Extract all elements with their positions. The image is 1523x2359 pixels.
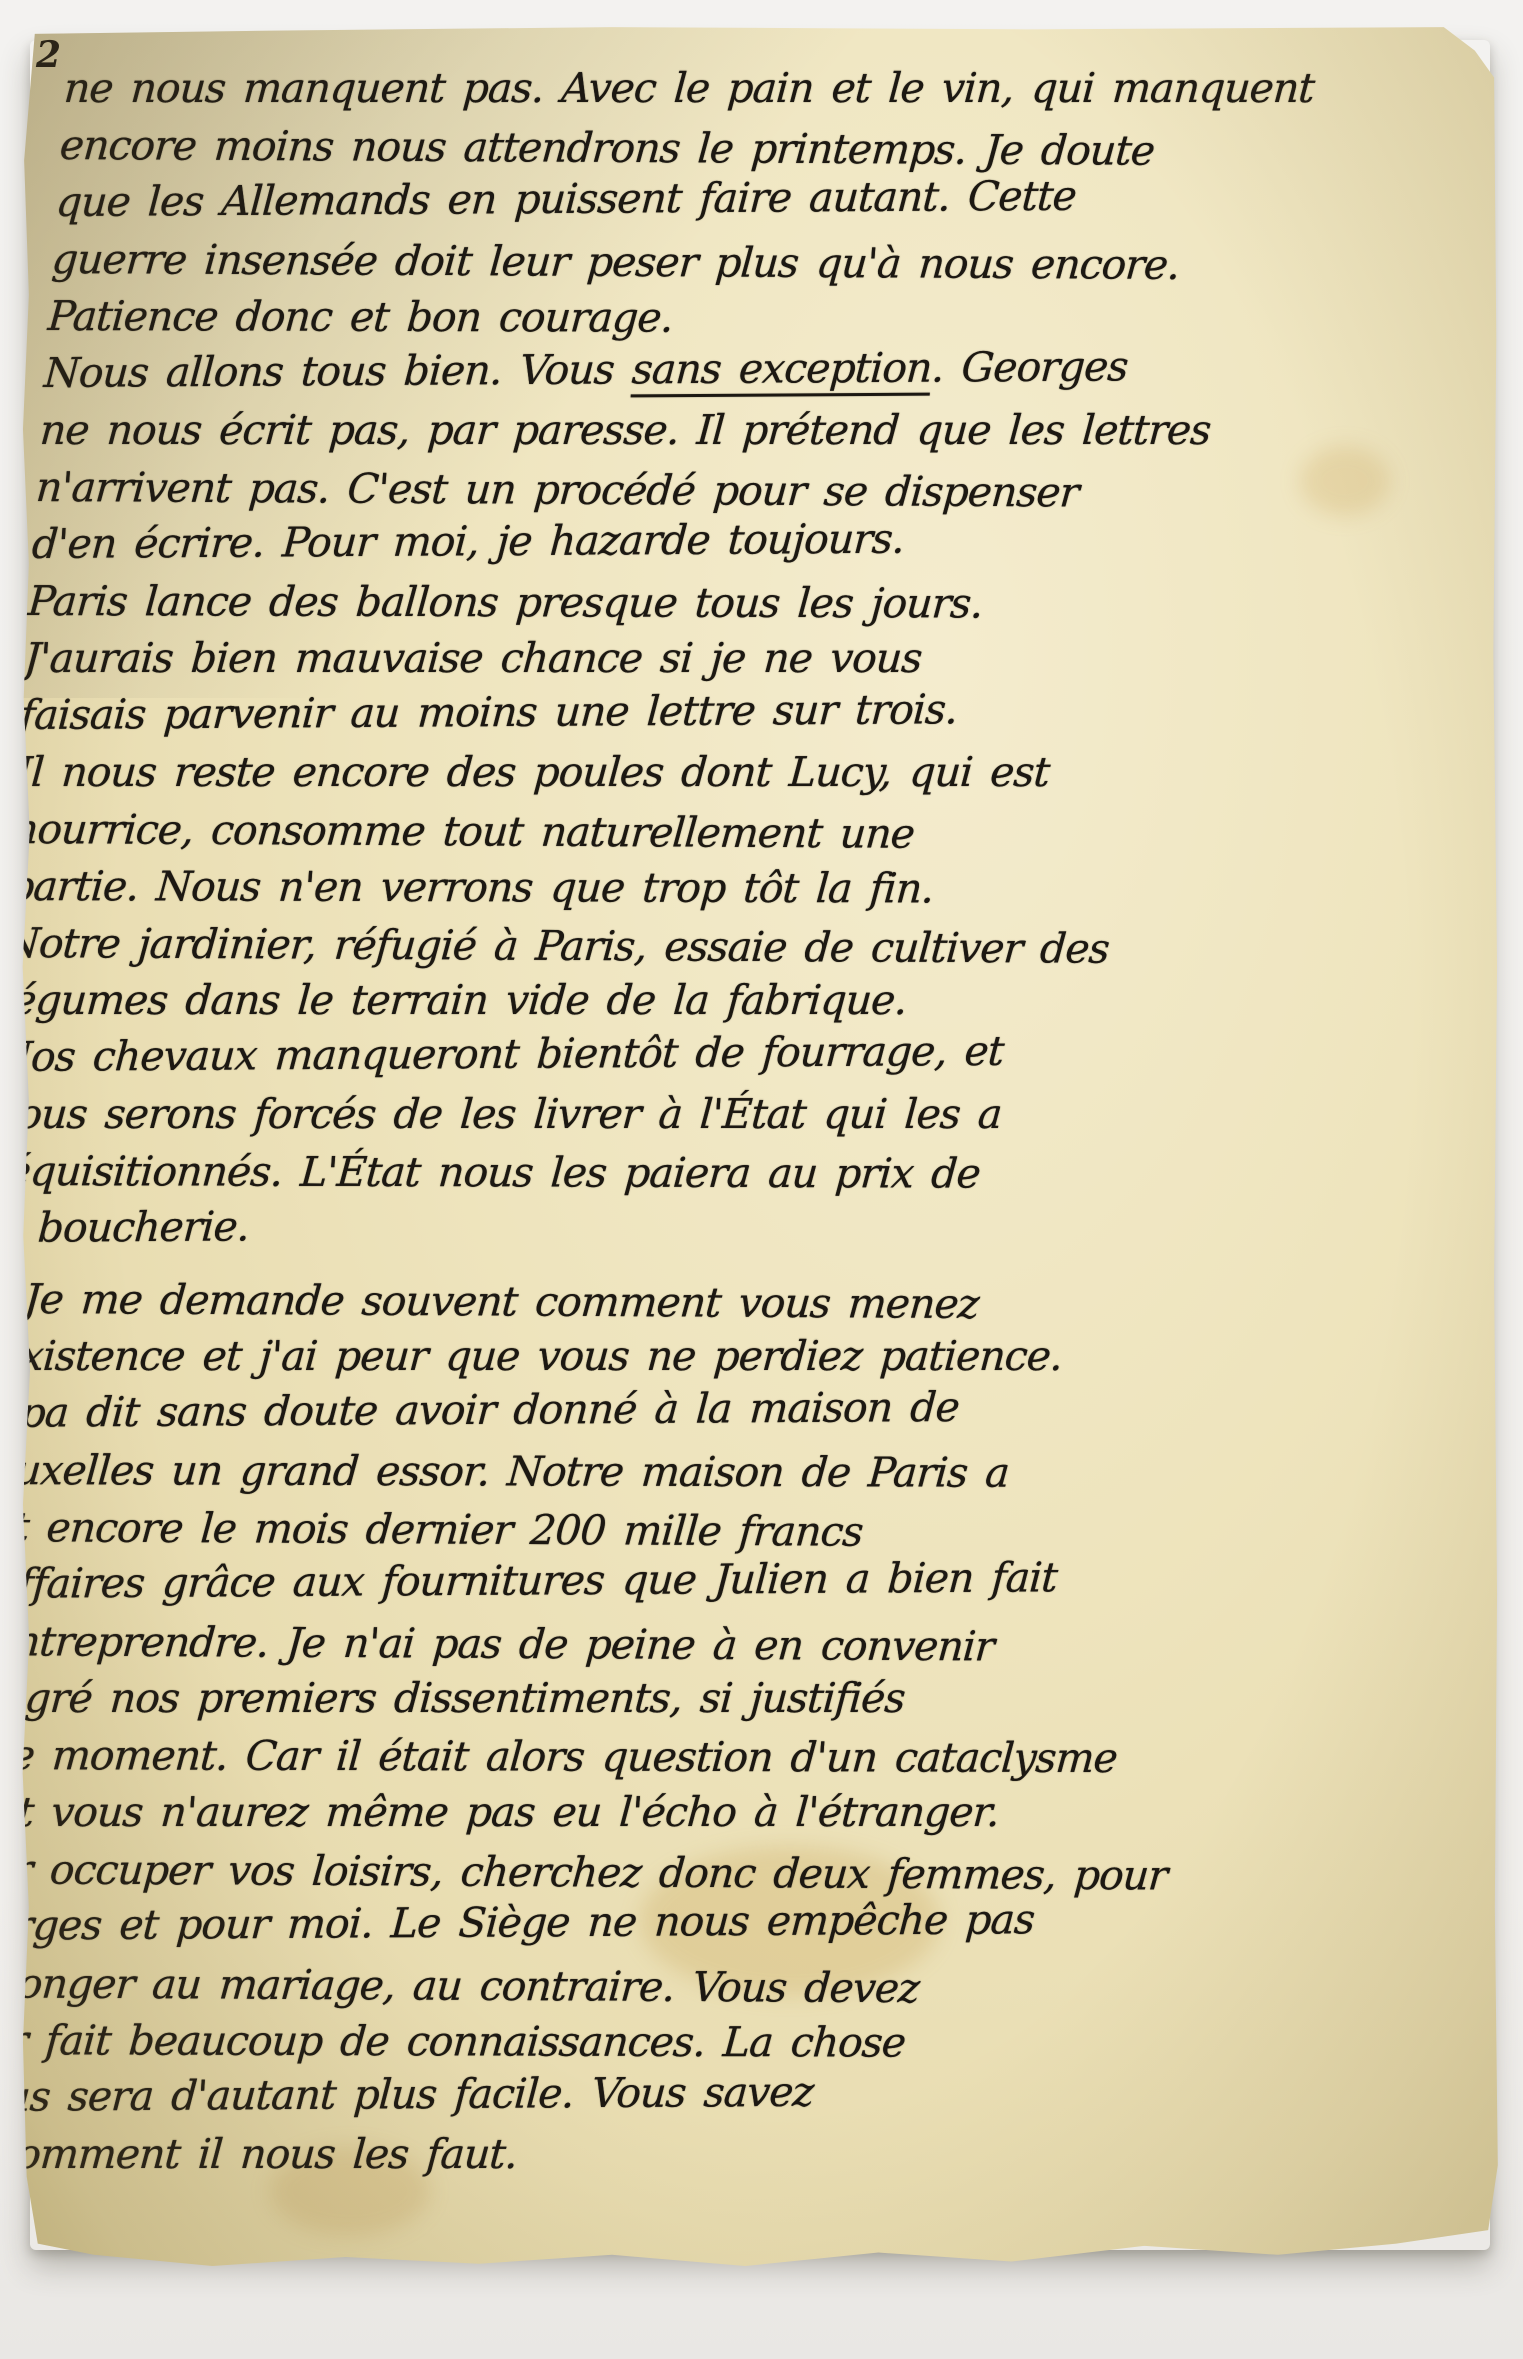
letter-line: Bruxelles un grand essor. Notre maison d… (20, 1442, 1389, 1503)
letter-line: Nous allons tous bien. Vous sans excepti… (42, 336, 1466, 402)
letter-line: Georges et pour moi. Le Siège ne nous em… (20, 1889, 1358, 1955)
letter-line: à ce moment. Car il était alors question… (20, 1727, 1369, 1788)
letter-line: d'affaires grâce aux fournitures que Jul… (20, 1547, 1382, 1613)
letter-line: partie. Nous n'en verrons que trop tôt l… (20, 858, 1430, 919)
letter-line: Notre jardinier, réfugié à Paris, essaie… (20, 915, 1426, 979)
letter-line: la boucherie. (20, 1191, 1407, 1257)
letter-line: légumes dans le terrain vide de la fabri… (20, 972, 1422, 1029)
letter-line: faisais parvenir au moins une lettre sur… (20, 678, 1443, 744)
letter-page: ne nous manquent pas. Avec le pain et le… (20, 26, 1500, 2266)
letter-line: Papa dit sans doute avoir donné à la mai… (20, 1376, 1394, 1442)
letter-line: nourrice, consomme tout naturellement un… (20, 801, 1434, 865)
letter-line: Il nous reste encore des poules dont Luc… (20, 744, 1438, 801)
letter-line: comment il nous les faut. (20, 2126, 1342, 2183)
letter-line: de songer au mariage, au contraire. Vous… (20, 1955, 1353, 2019)
letter-line: que les Allemands en puissent faire auta… (54, 165, 1478, 231)
scan-background: { "document_type": "handwritten-letter-s… (0, 0, 1523, 2359)
letter-line: d'entreprendre. Je n'ai pas de peine à e… (20, 1613, 1377, 1677)
letter-line: ne nous écrit pas, par paresse. Il préte… (38, 402, 1462, 459)
letter-line: Je me demande souvent comment vous menez (22, 1271, 1401, 1335)
letter-line: Paris lance des ballons presque tous les… (26, 573, 1450, 634)
letter-line: J'aurais bien mauvaise chance si je ne v… (22, 630, 1446, 687)
page-number: 2 (36, 34, 61, 76)
letter-line: nous serons forcés de les livrer à l'Éta… (20, 1086, 1414, 1143)
letter-line: malgré nos premiers dissentiments, si ju… (20, 1670, 1373, 1727)
letter-line: dont vous n'aurez même pas eu l'écho à l… (20, 1784, 1365, 1841)
letter-line: guerre insensée doit leur peser plus qu'… (50, 231, 1474, 295)
letter-line: l'existence et j'ai peur que vous ne per… (20, 1328, 1397, 1385)
letter-line: d'en écrire. Pour moi, je hazarde toujou… (30, 507, 1454, 573)
letter-line: vous sera d'autant plus facile. Vous sav… (20, 2061, 1346, 2126)
letter-line: ne nous manquent pas. Avec le pain et le… (62, 60, 1486, 117)
letter-text: ne nous manquent pas. Avec le pain et le… (20, 60, 1486, 2183)
letter-line: Nos chevaux manqueront bientôt de fourra… (20, 1020, 1419, 1086)
